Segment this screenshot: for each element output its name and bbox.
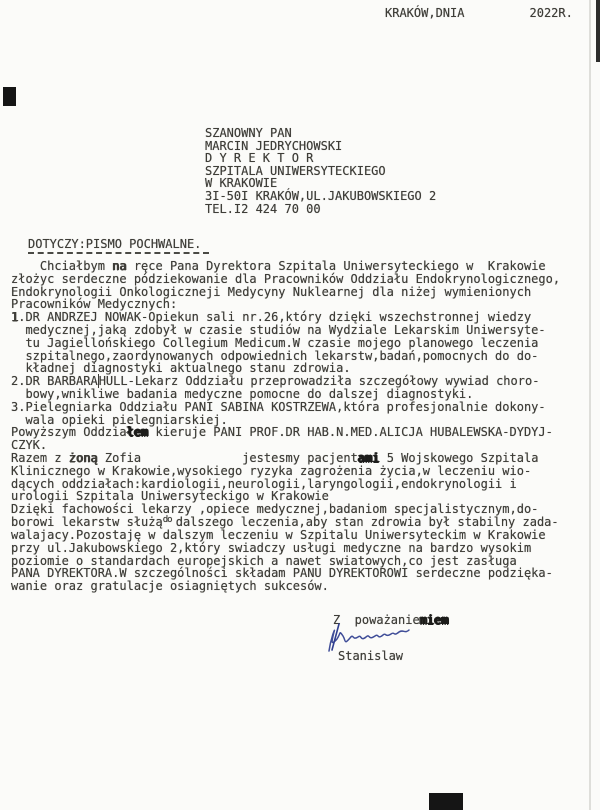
subject-block: DOTYCZY:PISMO POCHWALNE. <box>28 233 209 254</box>
redaction-box-top-left <box>3 87 16 106</box>
text-segment: dalszego leczenia,aby stan zdrowia był s… <box>176 515 559 529</box>
recipient-line: 3I-50I KRAKÓW,UL.JAKUBOWSKIEGO 2 <box>205 190 436 203</box>
text-segment: wanie oraz gratulacje osiagniętych sukce… <box>11 579 329 593</box>
redaction-box-bottom <box>429 793 463 810</box>
text-segment: kieruje PANI PROF.DR HAB.N.MED.ALICJA HU… <box>148 425 553 439</box>
recipient-block: SZANOWNY PANMARCIN JEDRYCHOWSKID Y R E K… <box>205 127 436 215</box>
recipient-line: TEL.I2 424 70 00 <box>205 203 436 216</box>
overtyped-text: do <box>163 516 176 525</box>
overtyped-text: łem <box>127 425 149 439</box>
scan-edge-dark-mark <box>596 0 600 62</box>
recipient-line: D Y R E K T O R <box>205 152 436 165</box>
subject-line: DOTYCZY:PISMO POCHWALNE. <box>28 238 209 254</box>
scan-edge-line <box>589 0 591 810</box>
date-line: KRAKÓW,DNIA 2022R. <box>385 7 573 20</box>
signer-name: Stanislaw <box>338 650 403 663</box>
letter-body: Chciałbym na ręce Pana Dyrektora Szpital… <box>11 260 560 593</box>
body-line: wanie oraz gratulacje osiagniętych sukce… <box>11 580 560 593</box>
text-segment: borowi lekarstw służą <box>11 515 163 529</box>
body-line: Powyższym Oddziałem kieruje PANI PROF.DR… <box>11 426 560 439</box>
closing-overtype: miem <box>420 613 449 627</box>
recipient-line: SZANOWNY PAN <box>205 127 436 140</box>
